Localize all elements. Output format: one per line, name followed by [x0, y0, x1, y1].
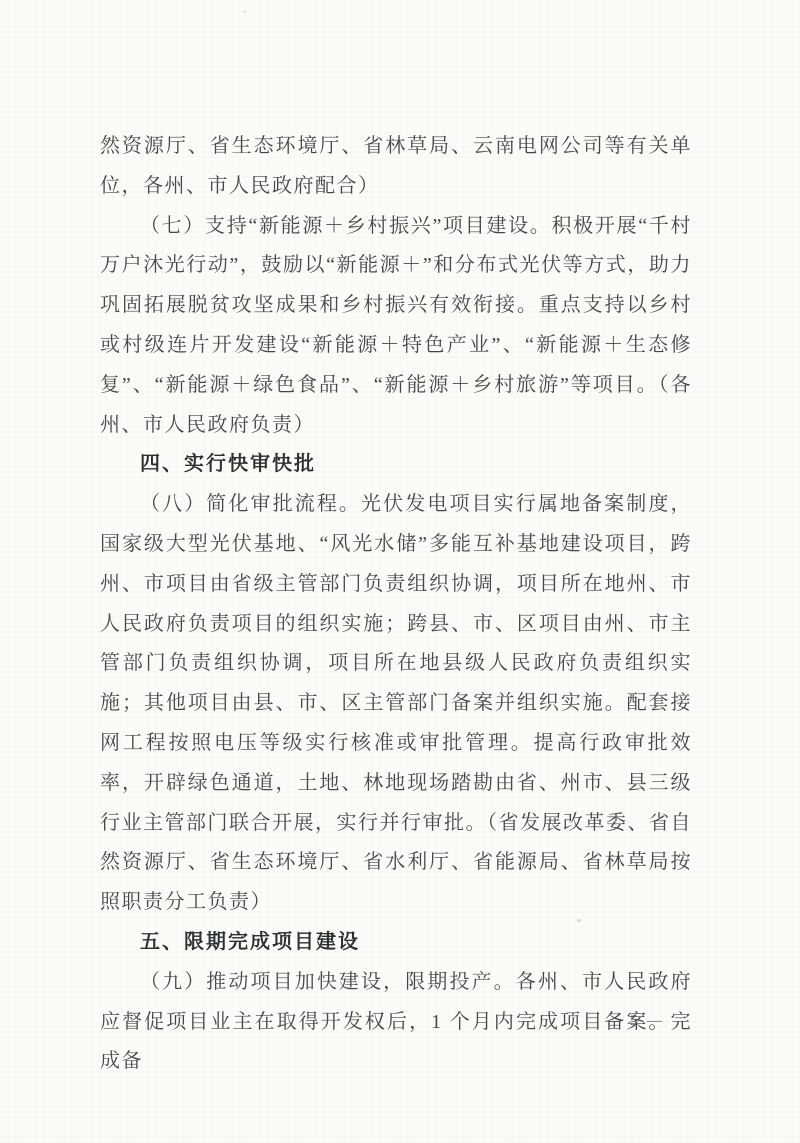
paragraph-item-7: （七）支持“新能源＋乡村振兴”项目建设。积极开展“千村万户沐光行动”，鼓励以“新… — [100, 207, 692, 446]
paragraph-item-9: （九）推动项目加快建设，限期投产。各州、市人民政府应督促项目业主在取得开发权后，… — [100, 963, 692, 1082]
paragraph-continuation-item-6: 然资源厅、省生态环境厅、省林草局、云南电网公司等有关单位，各州、市人民政府配合） — [100, 127, 692, 207]
scanned-document-page: 然资源厅、省生态环境厅、省林草局、云南电网公司等有关单位，各州、市人民政府配合）… — [0, 0, 800, 1143]
scan-speck — [243, 10, 246, 13]
section-heading-4: 四、实行快审快批 — [100, 445, 692, 485]
paragraph-item-8: （八）简化审批流程。光伏发电项目实行属地备案制度，国家级大型光伏基地、“风光水储… — [100, 485, 692, 923]
section-heading-5: 五、限期完成项目建设 — [100, 923, 692, 963]
document-body: 然资源厅、省生态环境厅、省林草局、云南电网公司等有关单位，各州、市人民政府配合）… — [100, 127, 692, 1082]
scan-speck — [577, 919, 581, 922]
page-number: — 5 — — [605, 1013, 665, 1030]
